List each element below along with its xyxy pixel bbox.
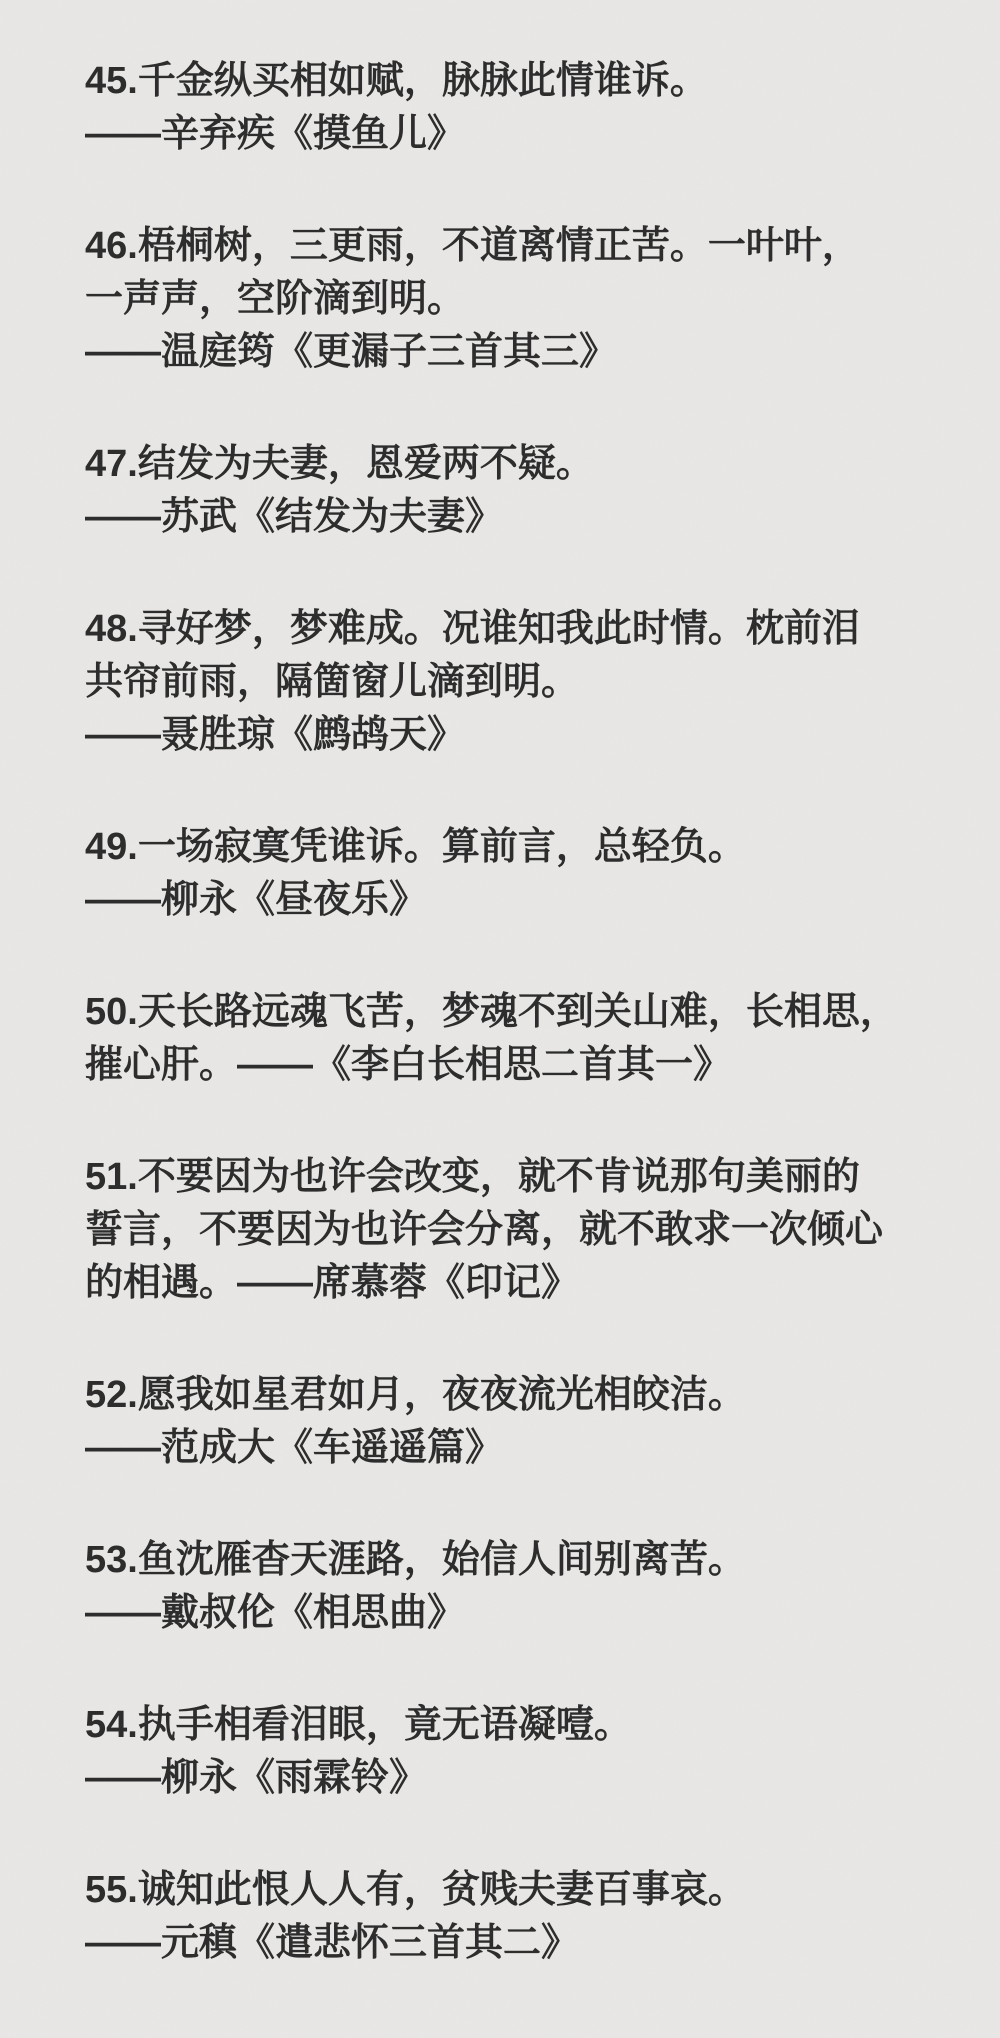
quote-entry-53: 53.鱼沈雁杳天涯路，始信人间别离苦。——戴叔伦《相思曲》 <box>85 1534 940 1640</box>
quote-text: 48.寻好梦，梦难成。况谁知我此时情。枕前泪 <box>85 603 940 656</box>
quote-entry-47: 47.结发为夫妻，恩爱两不疑。——苏武《结发为夫妻》 <box>85 438 940 544</box>
quote-entry-49: 49.一场寂寞凭谁诉。算前言，总轻负。——柳永《昼夜乐》 <box>85 821 940 927</box>
quote-text: 摧心肝。——《李白长相思二首其一》 <box>85 1039 940 1092</box>
quote-attribution: ——柳永《雨霖铃》 <box>85 1752 940 1805</box>
quote-attribution: ——聂胜琼《鹧鸪天》 <box>85 709 940 762</box>
quote-text: 55.诚知此恨人人有，贫贱夫妻百事哀。 <box>85 1864 940 1917</box>
quote-attribution: ——元稹《遣悲怀三首其二》 <box>85 1917 940 1970</box>
quote-text: 54.执手相看泪眼，竟无语凝噎。 <box>85 1699 940 1752</box>
quote-text: 46.梧桐树，三更雨，不道离情正苦。一叶叶， <box>85 220 940 273</box>
quote-entry-55: 55.诚知此恨人人有，贫贱夫妻百事哀。——元稹《遣悲怀三首其二》 <box>85 1864 940 1970</box>
quote-list: 45.千金纵买相如赋，脉脉此情谁诉。——辛弃疾《摸鱼儿》 46.梧桐树，三更雨，… <box>0 0 1000 1970</box>
quote-attribution: ——辛弃疾《摸鱼儿》 <box>85 108 940 161</box>
quote-attribution: ——范成大《车遥遥篇》 <box>85 1422 940 1475</box>
quote-text: 45.千金纵买相如赋，脉脉此情谁诉。 <box>85 55 940 108</box>
quote-text: 51.不要因为也许会改变，就不肯说那句美丽的 <box>85 1151 940 1204</box>
quote-text: 50.天长路远魂飞苦，梦魂不到关山难，长相思， <box>85 986 940 1039</box>
quote-attribution: ——柳永《昼夜乐》 <box>85 874 940 927</box>
quote-attribution: ——温庭筠《更漏子三首其三》 <box>85 326 940 379</box>
quote-text: 52.愿我如星君如月，夜夜流光相皎洁。 <box>85 1369 940 1422</box>
quote-text: 49.一场寂寞凭谁诉。算前言，总轻负。 <box>85 821 940 874</box>
quote-text: 47.结发为夫妻，恩爱两不疑。 <box>85 438 940 491</box>
quote-entry-51: 51.不要因为也许会改变，就不肯说那句美丽的誓言，不要因为也许会分离，就不敢求一… <box>85 1151 940 1310</box>
quote-entry-54: 54.执手相看泪眼，竟无语凝噎。——柳永《雨霖铃》 <box>85 1699 940 1805</box>
quote-text: 一声声，空阶滴到明。 <box>85 273 940 326</box>
quote-attribution: ——苏武《结发为夫妻》 <box>85 491 940 544</box>
quote-text: 共帘前雨，隔箇窗儿滴到明。 <box>85 656 940 709</box>
quote-text: 53.鱼沈雁杳天涯路，始信人间别离苦。 <box>85 1534 940 1587</box>
quote-entry-48: 48.寻好梦，梦难成。况谁知我此时情。枕前泪共帘前雨，隔箇窗儿滴到明。——聂胜琼… <box>85 603 940 762</box>
quote-text: 的相遇。——席慕蓉《印记》 <box>85 1257 940 1310</box>
quote-attribution: ——戴叔伦《相思曲》 <box>85 1587 940 1640</box>
quote-entry-52: 52.愿我如星君如月，夜夜流光相皎洁。——范成大《车遥遥篇》 <box>85 1369 940 1475</box>
quote-entry-46: 46.梧桐树，三更雨，不道离情正苦。一叶叶，一声声，空阶滴到明。——温庭筠《更漏… <box>85 220 940 379</box>
quote-entry-50: 50.天长路远魂飞苦，梦魂不到关山难，长相思，摧心肝。——《李白长相思二首其一》 <box>85 986 940 1092</box>
quote-entry-45: 45.千金纵买相如赋，脉脉此情谁诉。——辛弃疾《摸鱼儿》 <box>85 55 940 161</box>
quote-text: 誓言，不要因为也许会分离，就不敢求一次倾心 <box>85 1204 940 1257</box>
